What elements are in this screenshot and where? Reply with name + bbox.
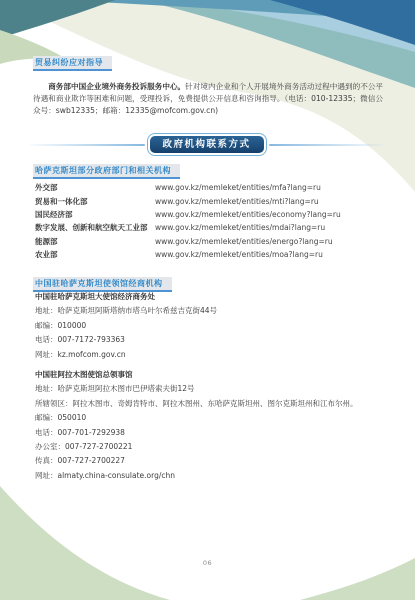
agency-url-link[interactable]: www.gov.kz/memleket/entities/moa?lang=ru bbox=[155, 250, 323, 259]
agency-url-link[interactable]: www.gov.kz/memleket/entities/energo?lang… bbox=[155, 237, 333, 246]
agency-url-link[interactable]: www.gov.kz/memleket/entities/mti?lang=ru bbox=[155, 197, 319, 206]
agency-name: 外交部 bbox=[35, 182, 155, 193]
mission-block-consulate: 中国驻阿拉木图使馆总领事馆 地址：哈萨克斯坦阿拉木图市巴伊塔索夫街12号 所辖领… bbox=[35, 368, 385, 483]
agency-url-link[interactable]: www.gov.kz/memleket/entities/mfa?lang=ru bbox=[155, 183, 321, 192]
section-badge-trade-dispute: 贸易纠纷应对指导 bbox=[33, 56, 112, 71]
agency-name: 能源部 bbox=[35, 236, 155, 247]
agency-row: 国民经济部 www.gov.kz/memleket/entities/econo… bbox=[35, 208, 383, 221]
agency-row: 农业部 www.gov.kz/memleket/entities/moa?lan… bbox=[35, 248, 383, 261]
gov-contacts-header-title: 政府机构联系方式 bbox=[150, 136, 264, 153]
gov-contacts-header: 政府机构联系方式 bbox=[30, 133, 383, 156]
agency-row: 能源部 www.gov.kz/memleket/entities/energo?… bbox=[35, 235, 383, 248]
dispute-paragraph-lead: 商务部中国企业境外商务投诉服务中心。 bbox=[48, 82, 185, 91]
header-rule-right bbox=[269, 144, 384, 146]
agency-row: 贸易和一体化部 www.gov.kz/memleket/entities/mti… bbox=[35, 194, 383, 207]
mission-postcode-line: 邮编：050010 bbox=[35, 411, 385, 425]
mission-phone-line: 电话：007-701-7292938 bbox=[35, 426, 385, 440]
mission-fax-line: 传真：007-727-2700227 bbox=[35, 454, 385, 468]
agency-url-link[interactable]: www.gov.kz/memleket/entities/mdai?lang=r… bbox=[155, 223, 325, 232]
agency-url-link[interactable]: www.gov.kz/memleket/entities/economy?lan… bbox=[155, 210, 341, 219]
agency-name: 数字发展、创新和航空航天工业部 bbox=[35, 222, 155, 233]
agency-row: 外交部 www.gov.kz/memleket/entities/mfa?lan… bbox=[35, 181, 383, 194]
header-rule-left bbox=[30, 144, 145, 146]
mission-office-line: 办公室：007-727-2700221 bbox=[35, 440, 385, 454]
mission-jurisdiction-line: 所辖领区：阿拉木图市、奇姆肯特市、阿拉木图州、东哈萨克斯坦州、图尔克斯坦州和江布… bbox=[35, 397, 385, 411]
agency-table: 外交部 www.gov.kz/memleket/entities/mfa?lan… bbox=[35, 181, 383, 261]
bottom-wave-decoration bbox=[0, 478, 415, 600]
bottom-wave-svg bbox=[0, 478, 415, 600]
page-number: 06 bbox=[0, 559, 415, 567]
agency-row: 数字发展、创新和航空航天工业部 www.gov.kz/memleket/enti… bbox=[35, 221, 383, 234]
agency-name: 农业部 bbox=[35, 249, 155, 260]
mission-website-line: 网址：kz.mofcom.gov.cn bbox=[35, 348, 385, 362]
section-badge-agencies: 哈萨克斯坦部分政府部门和相关机构 bbox=[33, 164, 180, 179]
mission-address-line: 地址：哈萨克斯坦阿斯塔纳市塔乌叶尔希兹吉克街44号 bbox=[35, 304, 385, 318]
mission-phone-line: 电话：007-7172-793363 bbox=[35, 333, 385, 347]
agency-name: 贸易和一体化部 bbox=[35, 196, 155, 207]
dispute-paragraph: 商务部中国企业境外商务投诉服务中心。针对境内企业和个人开展境外商务活动过程中遇到… bbox=[33, 81, 383, 118]
mission-title: 中国驻哈萨克斯坦大使馆经济商务处 bbox=[35, 290, 385, 304]
mission-website-line: 网址：almaty.china-consulate.org/chn bbox=[35, 469, 385, 483]
agency-name: 国民经济部 bbox=[35, 209, 155, 220]
mission-title: 中国驻阿拉木图使馆总领事馆 bbox=[35, 368, 385, 382]
mission-address-line: 地址：哈萨克斯坦阿拉木图市巴伊塔索夫街12号 bbox=[35, 382, 385, 396]
header-pill-outer: 政府机构联系方式 bbox=[147, 133, 267, 156]
mission-block-embassy: 中国驻哈萨克斯坦大使馆经济商务处 地址：哈萨克斯坦阿斯塔纳市塔乌叶尔希兹吉克街4… bbox=[35, 290, 385, 362]
mission-postcode-line: 邮编：010000 bbox=[35, 319, 385, 333]
